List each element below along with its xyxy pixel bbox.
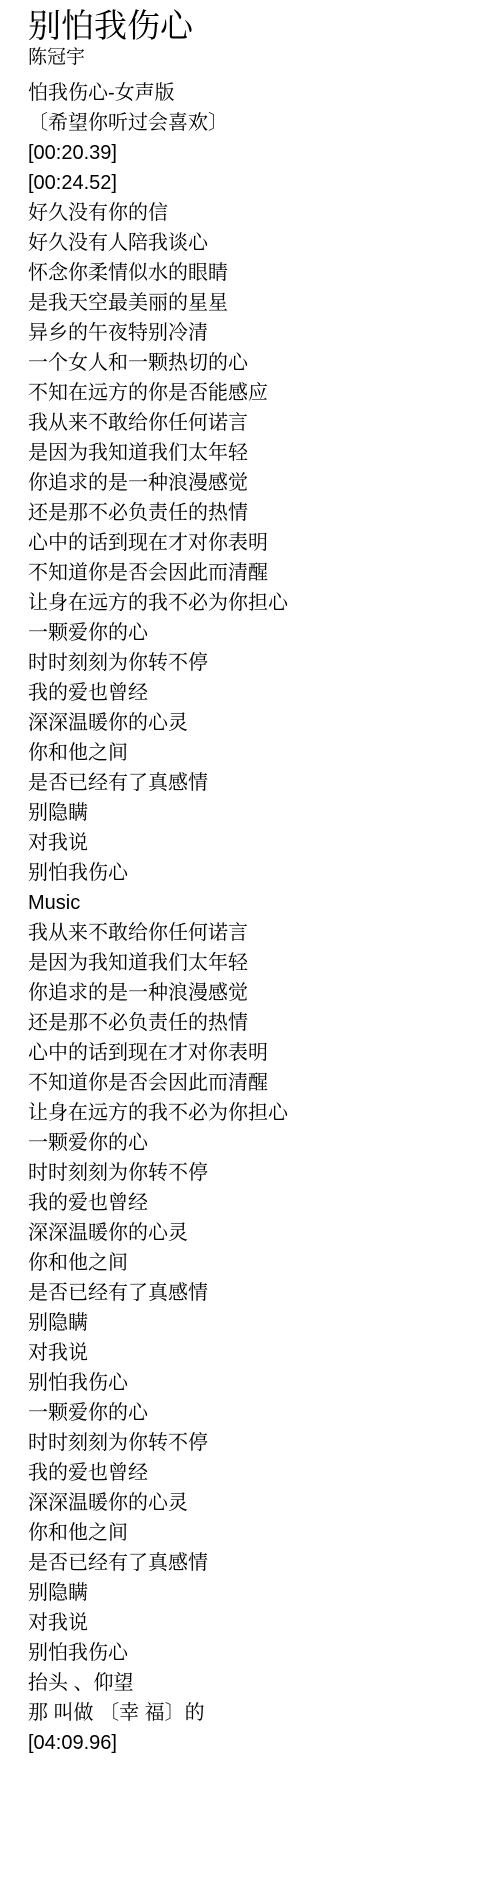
lyric-line: 是因为我知道我们太年轻 bbox=[28, 948, 480, 978]
lyric-line: 一颗爱你的心 bbox=[28, 618, 480, 648]
lyric-line: 时时刻刻为你转不停 bbox=[28, 1428, 480, 1458]
lyric-line: 你和他之间 bbox=[28, 1248, 480, 1278]
lyric-line: Music bbox=[28, 888, 480, 918]
lyric-line: 深深温暖你的心灵 bbox=[28, 1488, 480, 1518]
lyric-line: 你和他之间 bbox=[28, 738, 480, 768]
lyric-line: 还是那不必负责任的热情 bbox=[28, 1008, 480, 1038]
lyric-line: 不知在远方的你是否能感应 bbox=[28, 378, 480, 408]
lyric-line: 心中的话到现在才对你表明 bbox=[28, 1038, 480, 1068]
lyric-line: [04:09.96] bbox=[28, 1728, 480, 1758]
lyric-line: 我从来不敢给你任何诺言 bbox=[28, 408, 480, 438]
lyric-line: 一颗爱你的心 bbox=[28, 1398, 480, 1428]
lyric-line: 时时刻刻为你转不停 bbox=[28, 648, 480, 678]
lyric-line: 好久没有人陪我谈心 bbox=[28, 228, 480, 258]
lyric-line: 深深温暖你的心灵 bbox=[28, 1218, 480, 1248]
artist-name: 陈冠宇 bbox=[28, 46, 480, 70]
lyric-line: 心中的话到现在才对你表明 bbox=[28, 528, 480, 558]
lyric-line: 别怕我伤心 bbox=[28, 858, 480, 888]
lyric-line: 别隐瞒 bbox=[28, 1578, 480, 1608]
lyric-line: 是否已经有了真感情 bbox=[28, 1278, 480, 1308]
lyric-line: 是否已经有了真感情 bbox=[28, 1548, 480, 1578]
lyric-line: 你追求的是一种浪漫感觉 bbox=[28, 468, 480, 498]
lyric-line: 我的爱也曾经 bbox=[28, 678, 480, 708]
lyric-line: 抬头 、仰望 bbox=[28, 1668, 480, 1698]
lyric-line: 不知道你是否会因此而清醒 bbox=[28, 558, 480, 588]
lyric-line: 那 叫做 〔幸 福〕的 bbox=[28, 1698, 480, 1728]
lyric-line: 一个女人和一颗热切的心 bbox=[28, 348, 480, 378]
lyric-line: 不知道你是否会因此而清醒 bbox=[28, 1068, 480, 1098]
lyric-line: 别隐瞒 bbox=[28, 1308, 480, 1338]
lyric-line: 还是那不必负责任的热情 bbox=[28, 498, 480, 528]
lyric-line: 怕我伤心-女声版 bbox=[28, 78, 480, 108]
lyric-line: 让身在远方的我不必为你担心 bbox=[28, 1098, 480, 1128]
lyric-line: 别隐瞒 bbox=[28, 798, 480, 828]
lyric-line: 异乡的午夜特别冷清 bbox=[28, 318, 480, 348]
lyric-line: 我从来不敢给你任何诺言 bbox=[28, 918, 480, 948]
lyric-line: 时时刻刻为你转不停 bbox=[28, 1158, 480, 1188]
lyrics-page: 别怕我伤心 陈冠宇 怕我伤心-女声版〔希望你听过会喜欢〕[00:20.39][0… bbox=[0, 0, 500, 1900]
lyric-line: 我的爱也曾经 bbox=[28, 1188, 480, 1218]
lyric-line: 〔希望你听过会喜欢〕 bbox=[28, 108, 480, 138]
lyric-line: 我的爱也曾经 bbox=[28, 1458, 480, 1488]
lyric-line: 一颗爱你的心 bbox=[28, 1128, 480, 1158]
lyrics-list: 怕我伤心-女声版〔希望你听过会喜欢〕[00:20.39][00:24.52]好久… bbox=[28, 78, 480, 1758]
lyric-line: 别怕我伤心 bbox=[28, 1368, 480, 1398]
lyric-line: [00:20.39] bbox=[28, 138, 480, 168]
lyric-line: 好久没有你的信 bbox=[28, 198, 480, 228]
lyric-line: 是否已经有了真感情 bbox=[28, 768, 480, 798]
lyric-line: 你和他之间 bbox=[28, 1518, 480, 1548]
lyric-line: 怀念你柔情似水的眼睛 bbox=[28, 258, 480, 288]
lyric-line: 你追求的是一种浪漫感觉 bbox=[28, 978, 480, 1008]
lyric-line: 对我说 bbox=[28, 828, 480, 858]
lyric-line: [00:24.52] bbox=[28, 168, 480, 198]
lyric-line: 对我说 bbox=[28, 1608, 480, 1638]
lyric-line: 别怕我伤心 bbox=[28, 1638, 480, 1668]
lyric-line: 让身在远方的我不必为你担心 bbox=[28, 588, 480, 618]
lyric-line: 是我天空最美丽的星星 bbox=[28, 288, 480, 318]
lyric-line: 对我说 bbox=[28, 1338, 480, 1368]
lyric-line: 是因为我知道我们太年轻 bbox=[28, 438, 480, 468]
lyric-line: 深深温暖你的心灵 bbox=[28, 708, 480, 738]
song-title: 别怕我伤心 bbox=[28, 6, 480, 46]
